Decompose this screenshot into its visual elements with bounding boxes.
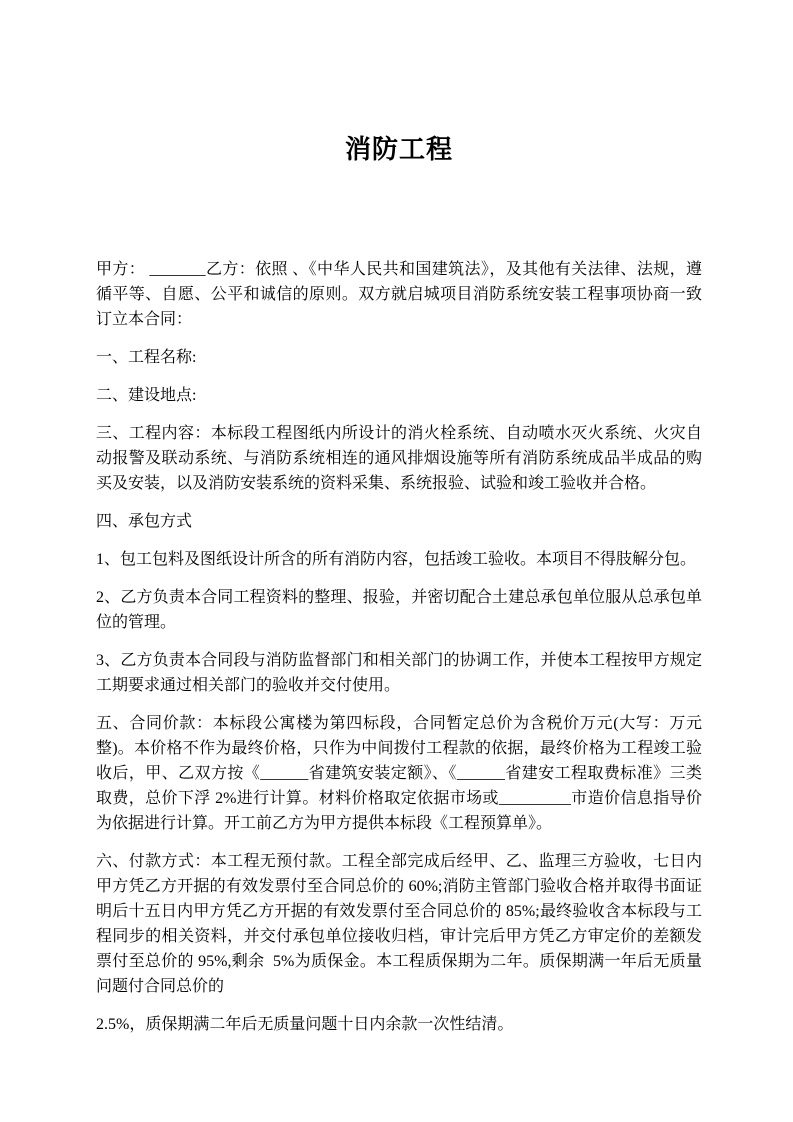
paragraph-project-name: 一、工程名称: bbox=[96, 345, 702, 370]
paragraph-contracting-item-2: 2、乙方负责本合同工程资料的整理、报验，并密切配合土建总承包单位服从总承包单位的… bbox=[96, 585, 702, 635]
document-title: 消防工程 bbox=[96, 133, 702, 167]
paragraph-payment-terms: 六、付款方式：本工程无预付款。工程全部完成后经甲、乙、监理三方验收，七日内甲方凭… bbox=[96, 849, 702, 999]
paragraph-contracting-method-heading: 四、承包方式 bbox=[96, 509, 702, 534]
paragraph-parties-preamble: 甲方： _______乙方：依照 、《中华人民共和国建筑法》，及其他有关法律、法… bbox=[96, 257, 702, 332]
paragraph-warranty-final-settlement: 2.5%，质保期满二年后无质量问题十日内余款一次性结清。 bbox=[96, 1012, 702, 1037]
paragraph-contracting-item-3: 3、乙方负责本合同段与消防监督部门和相关部门的协调工作，并使本工程按甲方规定工期… bbox=[96, 648, 702, 698]
paragraph-project-content: 三、工程内容：本标段工程图纸内所设计的消火栓系统、自动喷水灭火系统、火灾自动报警… bbox=[96, 421, 702, 496]
document-content: 消防工程 甲方： _______乙方：依照 、《中华人民共和国建筑法》，及其他有… bbox=[96, 0, 702, 1050]
document-page: 消防工程 甲方： _______乙方：依照 、《中华人民共和国建筑法》，及其他有… bbox=[0, 0, 793, 1122]
paragraph-contract-price: 五、合同价款：本标段公寓楼为第四标段，合同暂定总价为含税价万元(大写：万元整)。… bbox=[96, 711, 702, 836]
paragraph-contracting-item-1: 1、包工包料及图纸设计所含的所有消防内容，包括竣工验收。本项目不得肢解分包。 bbox=[96, 547, 702, 572]
paragraph-construction-site: 二、建设地点: bbox=[96, 383, 702, 408]
